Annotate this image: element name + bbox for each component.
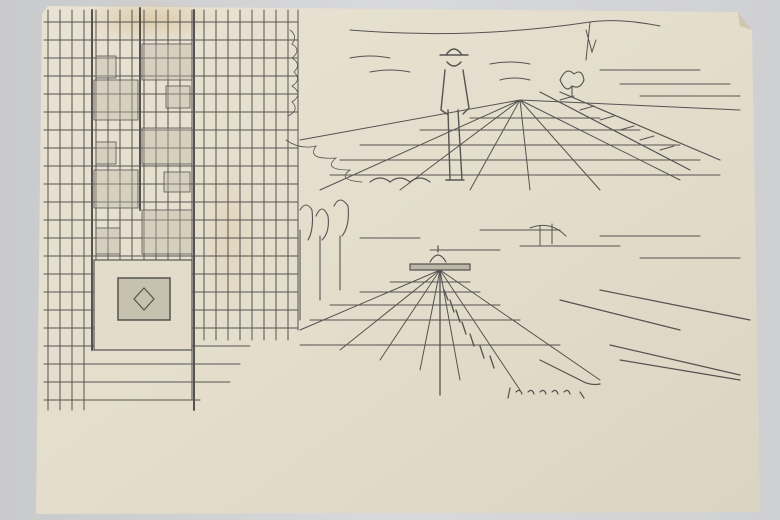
sketch-paper — [0, 0, 780, 520]
emblem-panel — [94, 260, 192, 350]
